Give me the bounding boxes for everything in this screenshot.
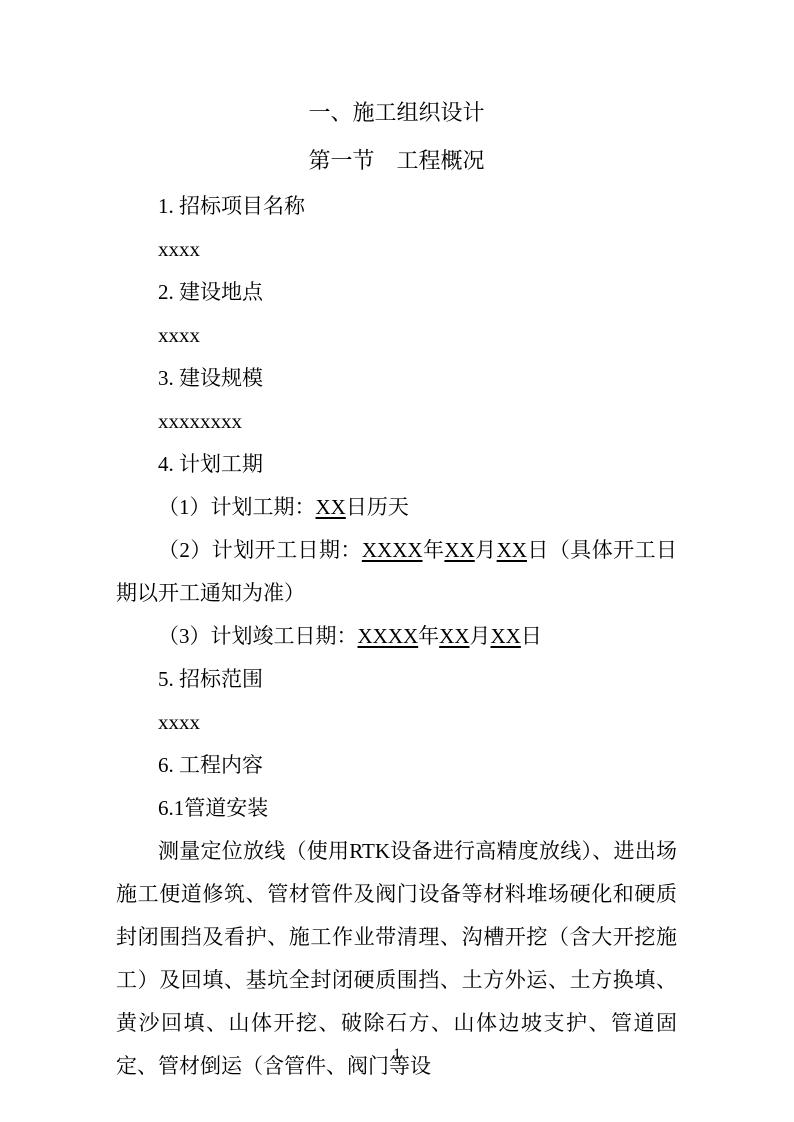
document-body: 一、施工组织设计 第一节 工程概况 1. 招标项目名称 xxxx 2. 建设地点… [0, 0, 794, 1088]
planned-completion-date-line: （3）计划竣工日期：XXXX年XX月XX日 [116, 615, 677, 658]
item-construction-scale: 3. 建设规模 [116, 357, 677, 400]
underline-blank: XXXX [358, 624, 419, 648]
planned-duration-line: （1）计划工期：XX日历天 [116, 486, 677, 529]
planned-start-date-line: （2）计划开工日期：XXXX年XX月XX日（具体开工日期以开工通知为准） [116, 529, 677, 615]
construction-scale-value: xxxxxxxx [116, 400, 677, 443]
underline-blank: XX [439, 624, 469, 648]
text-run: 月 [470, 624, 491, 648]
document-page: 一、施工组织设计 第一节 工程概况 1. 招标项目名称 xxxx 2. 建设地点… [0, 0, 794, 1122]
text-run: （3）计划竣工日期： [158, 624, 358, 648]
item-project-content: 6. 工程内容 [116, 744, 677, 787]
item-planned-schedule: 4. 计划工期 [116, 443, 677, 486]
underline-blank: XX [316, 495, 346, 519]
construction-site-value: xxxx [116, 314, 677, 357]
text-run: 日历天 [346, 495, 409, 519]
item-construction-site: 2. 建设地点 [116, 271, 677, 314]
item-tender-project-name: 1. 招标项目名称 [116, 185, 677, 228]
text-run: （1）计划工期： [158, 495, 316, 519]
tender-project-name-value: xxxx [116, 228, 677, 271]
text-run: 年 [423, 538, 445, 562]
underline-blank: XX [491, 624, 521, 648]
doc-title: 一、施工组织设计 [116, 89, 677, 137]
text-run: （2）计划开工日期： [158, 538, 362, 562]
underline-blank: XXXX [362, 538, 423, 562]
page-number: 1 [0, 1046, 794, 1064]
text-run: 年 [418, 624, 439, 648]
underline-blank: XX [497, 538, 527, 562]
underline-blank: XX [444, 538, 474, 562]
text-run: 日 [521, 624, 542, 648]
subitem-pipeline-installation: 6.1管道安装 [116, 787, 677, 830]
text-run: 月 [475, 538, 497, 562]
section-heading: 第一节 工程概况 [116, 137, 677, 185]
item-tender-scope: 5. 招标范围 [116, 658, 677, 701]
tender-scope-value: xxxx [116, 701, 677, 744]
